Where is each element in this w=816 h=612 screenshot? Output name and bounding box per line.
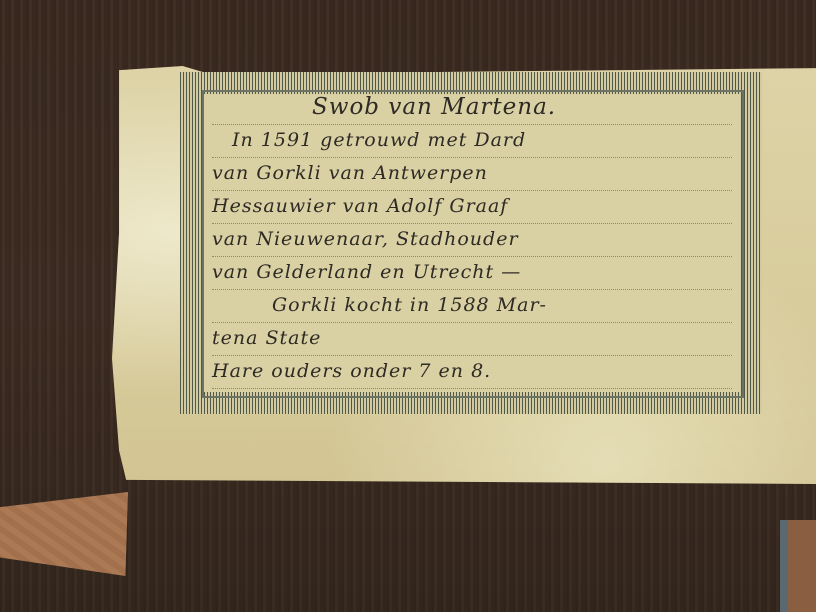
- text-line: van Gelderland en Utrecht —: [212, 257, 732, 290]
- text-line: Hare ouders onder 7 en 8.: [212, 356, 732, 389]
- text-line: van Nieuwenaar, Stadhouder: [212, 224, 732, 257]
- text-line: Gorkli kocht in 1588 Mar-: [212, 290, 732, 323]
- text-line: tena State: [212, 323, 732, 356]
- text-line: van Gorkli van Antwerpen: [212, 158, 732, 191]
- text-line: In 1591 getrouwd met Dard: [212, 125, 732, 158]
- wood-block-right: [780, 520, 816, 612]
- label-title: Swob van Martena.: [212, 92, 732, 125]
- handwritten-text: Swob van Martena. In 1591 getrouwd met D…: [212, 92, 732, 389]
- text-line: Hessauwier van Adolf Graaf: [212, 191, 732, 224]
